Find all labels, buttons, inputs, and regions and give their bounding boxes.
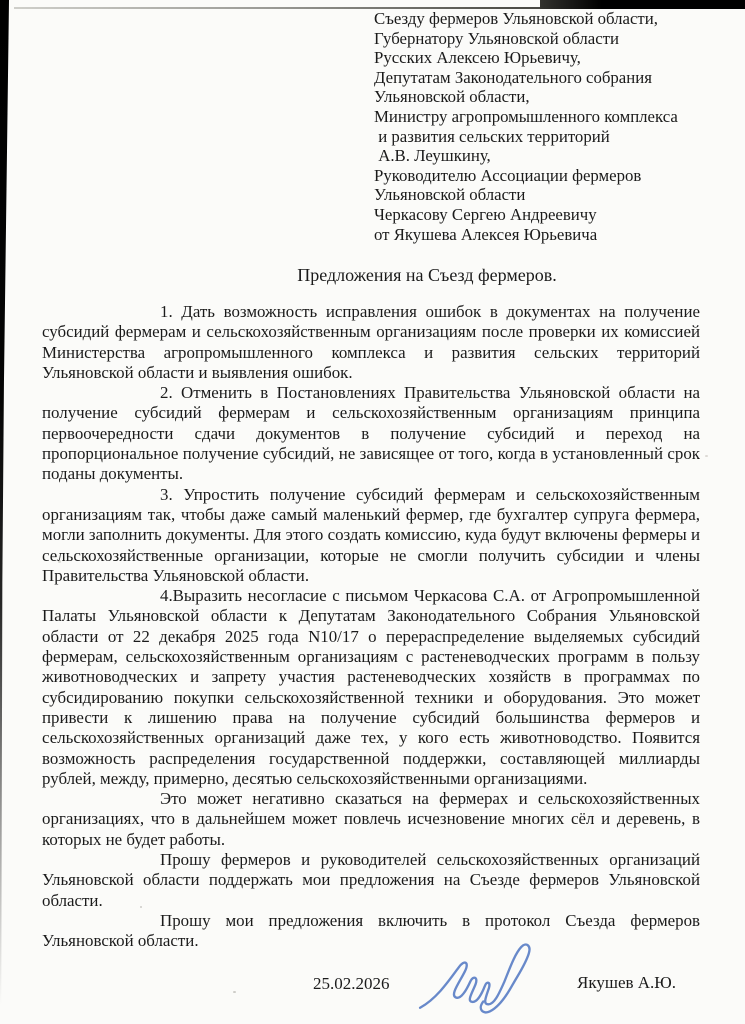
scan-left-edge-artifact (0, 0, 9, 1005)
recipient-line: и развития сельских территорий (374, 127, 726, 147)
paragraph: 2. Отменить в Постановлениях Правительст… (42, 383, 700, 484)
recipient-line: Черкасову Сергею Андреевичу (374, 205, 726, 225)
recipient-line: Депутатам Законодательного собрания (374, 68, 726, 88)
recipient-line: Ульяновской области (374, 185, 726, 205)
paragraph: Это может негативно сказаться на фермера… (42, 789, 700, 850)
scan-speck (705, 455, 708, 457)
recipient-line: от Якушева Алексея Юрьевича (374, 225, 726, 245)
recipient-block: Съезду фермеров Ульяновской области,Губе… (374, 9, 726, 244)
letter-title: Предложения на Съезд фермеров. (42, 264, 700, 286)
paragraph: Прошу мои предложения включить в протоко… (42, 911, 700, 952)
signature-stroke (418, 944, 532, 1014)
recipient-line: Ульяновской области, (374, 87, 726, 107)
recipient-line: Губернатору Ульяновской области (374, 29, 726, 49)
recipient-line: А.В. Леушкину, (374, 146, 726, 166)
handwritten-signature (412, 940, 552, 1019)
recipient-line: Съезду фермеров Ульяновской области, (374, 9, 726, 29)
paragraph: Прошу фермеров и руководителей сельскохо… (42, 850, 700, 911)
paragraph: 4.Выразить несогласие с письмом Черкасов… (42, 586, 700, 789)
scan-speck (233, 991, 236, 993)
letter-body: 1. Дать возможность исправления ошибок в… (42, 302, 700, 952)
recipient-line: Русских Алексею Юрьевичу, (374, 48, 726, 68)
paragraph: 3. Упростить получение субсидий фермерам… (42, 485, 700, 586)
recipient-line: Руководителю Ассоциации фермеров (374, 166, 726, 186)
scan-top-edge-bar (540, 0, 745, 9)
paragraph: 1. Дать возможность исправления ошибок в… (42, 302, 700, 383)
recipient-line: Министру агропромышленного комплекса (374, 107, 726, 127)
signature-name: Якушев А.Ю. (577, 973, 676, 993)
scanned-letter-page: Съезду фермеров Ульяновской области,Губе… (0, 0, 745, 1024)
letter-date: 25.02.2026 (313, 974, 390, 994)
